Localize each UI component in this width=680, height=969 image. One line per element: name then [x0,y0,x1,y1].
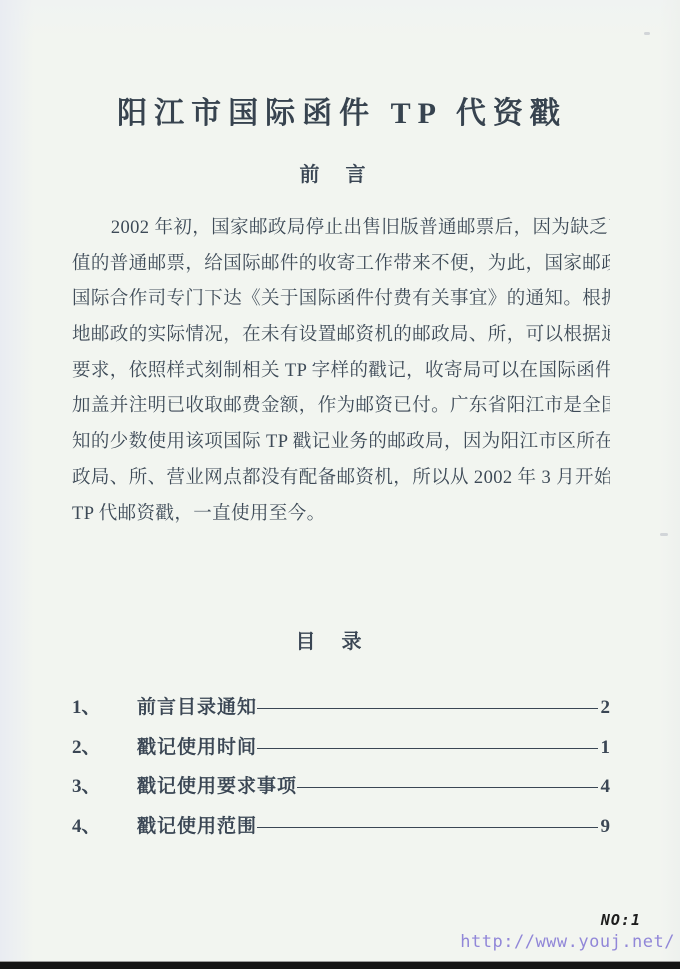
toc-item-page: 4 [598,767,610,807]
paragraph-line: 要求，依照样式刻制相关 TP 字样的戳记，收寄局可以在国际函件封面 [72,354,610,390]
toc-item-number: 1、 [72,688,137,728]
toc-item: 4、 戳记使用范围 ———————————————————— 9 [72,807,610,847]
paragraph-line: 地邮政的实际情况，在未有设置邮资机的邮政局、所，可以根据通知 [72,318,610,354]
scan-speck [644,32,650,35]
toc-item-leader: ———————————————————— [257,728,598,768]
toc-item-leader: ——————————————————— [297,767,598,807]
preface-paragraph: 2002 年初，国家邮政局停止出售旧版普通邮票后，因为缺乏高面值的普通邮票，给国… [72,211,610,532]
toc-item-page: 2 [598,688,610,728]
scan-bottom-edge [0,961,680,969]
toc-item-label: 戳记使用范围 [137,807,257,847]
preface-heading: 前 言 [14,158,654,187]
toc-item-label: 戳记使用要求事项 [137,767,297,807]
toc-item-label: 前言目录通知 [137,688,257,728]
toc-list: 1、 前言目录通知 ————————————————————— 2 2、 戳记使… [72,688,610,846]
page-number-stamp: NO:1 [601,911,641,929]
footer-url-link[interactable]: http://www.youj.net/ [460,932,675,952]
toc-item: 2、 戳记使用时间 ———————————————————— 1 [72,728,610,768]
toc-item-page: 1 [598,728,610,768]
page-title: 阳江市国际函件 TP 代资戳 [22,88,662,132]
toc-item-leader: ————————————————————— [257,688,598,728]
paragraph-line: 2002 年初，国家邮政局停止出售旧版普通邮票后，因为缺乏高面 [72,211,610,247]
scan-speck [660,533,668,536]
toc-item: 3、 戳记使用要求事项 ——————————————————— 4 [72,767,610,807]
toc-item-label: 戳记使用时间 [137,728,257,768]
paragraph-line: 国际合作司专门下达《关于国际函件付费有关事宜》的通知。根据各 [72,282,610,318]
toc-heading: 目 录 [10,625,650,654]
toc-item-number: 2、 [72,728,137,768]
paragraph-line: 政局、所、营业网点都没有配备邮资机，所以从 2002 年 3 月开始使用 [72,461,610,497]
toc-item-leader: ———————————————————— [257,807,598,847]
paragraph-line: TP 代邮资戳，一直使用至今。 [72,497,610,533]
toc-item-number: 4、 [72,807,137,847]
toc-item: 1、 前言目录通知 ————————————————————— 2 [72,688,610,728]
paragraph-line: 加盖并注明已收取邮费金额，作为邮资已付。广东省阳江市是全国已 [72,389,610,425]
paragraph-line: 知的少数使用该项国际 TP 戳记业务的邮政局，因为阳江市区所在的邮 [72,425,610,461]
paragraph-line: 值的普通邮票，给国际邮件的收寄工作带来不便，为此，国家邮政局 [72,247,610,283]
toc-item-number: 3、 [72,767,137,807]
toc-item-page: 9 [598,807,610,847]
